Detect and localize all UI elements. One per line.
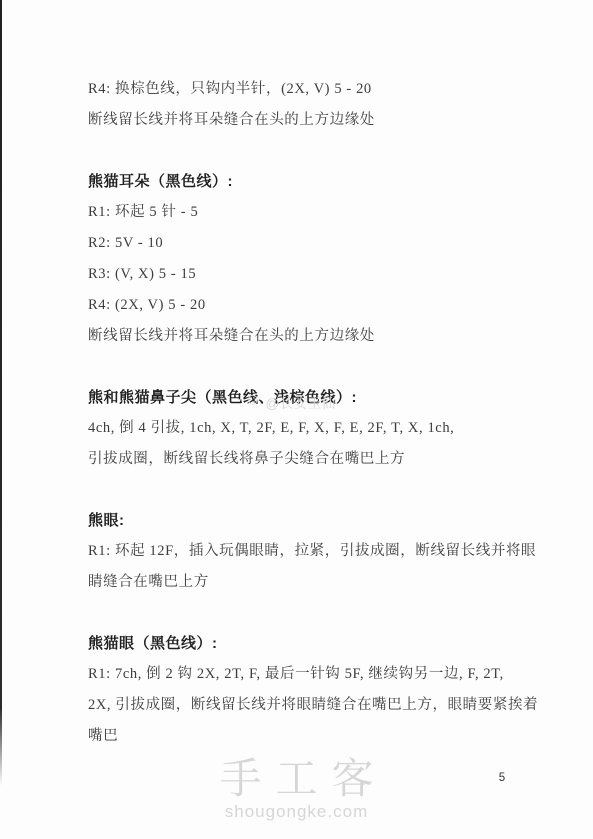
section-panda-eye: 熊猫眼（黑色线）: R1: 7ch, 倒 2 钩 2X, 2T, F, 最后一针… [88,628,538,752]
section-heading: 熊眼: [88,505,538,536]
pattern-line: 断线留长线并将耳朵缝合在头的上方边缘处 [88,105,538,136]
section-bear-ear-continued: R4: 换棕色线，只钩内半针，(2X, V) 5 - 20 断线留长线并将耳朵缝… [88,74,538,136]
pattern-line: R4: (2X, V) 5 - 20 [88,290,538,321]
site-watermark: 手工客 shougongke.com [0,758,593,820]
pattern-line: R3: (V, X) 5 - 15 [88,259,538,290]
pattern-line: 引拔成圈，断线留长线将鼻子尖缝合在嘴巴上方 [88,444,538,475]
section-heading: 熊猫眼（黑色线）: [88,628,538,659]
document-page: R4: 换棕色线，只钩内半针，(2X, V) 5 - 20 断线留长线并将耳朵缝… [0,0,593,839]
pattern-line: 2X, 引拔成圈，断线留长线并将眼睛缝合在嘴巴上方，眼睛要紧挨着 [88,690,538,721]
pattern-text-content: R4: 换棕色线，只钩内半针，(2X, V) 5 - 20 断线留长线并将耳朵缝… [88,74,538,752]
section-panda-ear: 熊猫耳朵（黑色线）: R1: 环起 5 针 - 5 R2: 5V - 10 R3… [88,166,538,352]
pattern-line: R4: 换棕色线，只钩内半针，(2X, V) 5 - 20 [88,74,538,105]
pattern-line: 断线留长线并将耳朵缝合在头的上方边缘处 [88,321,538,352]
section-heading: 熊猫耳朵（黑色线）: [88,166,538,197]
page-number: 5 [494,772,510,784]
pattern-line: R1: 环起 5 针 - 5 [88,197,538,228]
scan-edge-artifact [0,0,2,786]
pattern-line: 睛缝合在嘴巴上方 [88,567,538,598]
pattern-line: R2: 5V - 10 [88,228,538,259]
section-bear-eye: 熊眼: R1: 环起 12F，插入玩偶眼睛，拉紧，引拔成圈，断线留长线并将眼 睛… [88,505,538,598]
section-nose-tip: 熊和熊猫鼻子尖（黑色线、浅棕色线）: 4ch, 倒 4 引拔, 1ch, X, … [88,382,538,475]
site-watermark-url: shougongke.com [0,803,593,820]
pattern-line: 4ch, 倒 4 引拔, 1ch, X, T, 2F, E, F, X, F, … [88,413,538,444]
pattern-line: 嘴巴 [88,721,538,752]
pattern-line: R1: 环起 12F，插入玩偶眼睛，拉紧，引拔成圈，断线留长线并将眼 [88,536,538,567]
section-heading: 熊和熊猫鼻子尖（黑色线、浅棕色线）: [88,382,538,413]
pattern-line: R1: 7ch, 倒 2 钩 2X, 2T, F, 最后一针钩 5F, 继续钩另… [88,659,538,690]
